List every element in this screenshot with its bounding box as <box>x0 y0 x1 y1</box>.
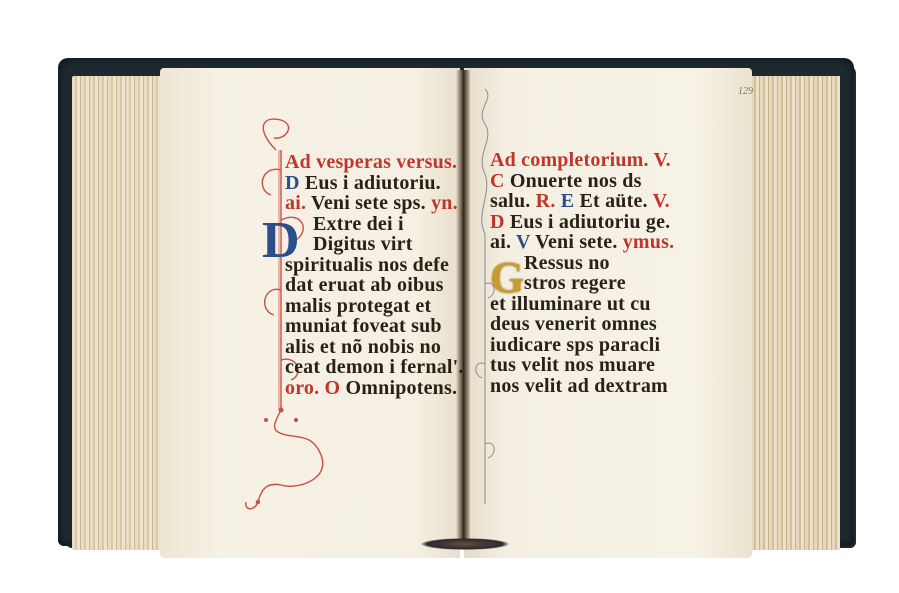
left-line-2: ai. Veni sete sps. yn. <box>285 193 450 214</box>
right-line-9: iudicare sps paracli <box>490 335 655 356</box>
red-initial: C <box>490 170 505 192</box>
blue-initial: E <box>561 190 575 212</box>
rubric: V. <box>654 149 671 171</box>
line-text: Extre dei i <box>313 213 404 235</box>
left-line-10: ceat demon i fernal'. <box>285 357 450 378</box>
line-text: Omnipotens. <box>346 377 458 399</box>
line-text: Digitus virt <box>313 233 413 255</box>
left-line-9: alis et nõ nobis no <box>285 337 450 358</box>
left-line-1: D Eus i adiutoriu. <box>285 173 450 194</box>
rubric: ymus. <box>623 231 675 253</box>
right-line-4: ai. V Veni sete. ymus. <box>490 232 655 253</box>
left-large-blue-initial: D <box>262 218 308 264</box>
left-line-4: Digitus virt <box>285 234 450 255</box>
rubric: yn. <box>431 192 458 214</box>
left-line-7: malis protegat et <box>285 296 450 317</box>
left-heading: Ad vesperas versus. <box>285 152 450 173</box>
rubric-prefix: ai. <box>285 192 306 214</box>
blue-initial: V <box>516 231 530 253</box>
left-line-6: dat eruat ab oibus <box>285 275 450 296</box>
left-page-text: Ad vesperas versus. D Eus i adiutoriu. a… <box>285 152 450 398</box>
line-text: Onuerte nos ds <box>510 170 642 192</box>
heading-text: Ad completorium. <box>490 149 649 171</box>
line-text: Et aüte. <box>579 190 647 212</box>
line-text: Ressus no <box>524 252 610 274</box>
right-line-8: deus venerit omnes <box>490 314 655 335</box>
right-line-1: C Onuerte nos ds <box>490 171 655 192</box>
left-line-11: oro. O Omnipotens. <box>285 378 450 399</box>
line-text: Veni sete sps. <box>311 192 426 214</box>
right-line-10: tus velit nos muare <box>490 355 655 376</box>
left-page-edges <box>72 76 172 550</box>
blue-initial: D <box>285 172 300 194</box>
left-line-8: muniat foveat sub <box>285 316 450 337</box>
right-line-3: D Eus i adiutoriu ge. <box>490 212 655 233</box>
right-gold-initial: G <box>490 256 524 300</box>
right-page-edges <box>742 76 840 550</box>
right-heading: Ad completorium. V. <box>490 150 655 171</box>
rubric: R. <box>536 190 556 212</box>
spine-foot <box>420 538 510 550</box>
line-text: Eus i adiutoriu ge. <box>510 211 671 233</box>
left-line-5: spiritualis nos defe <box>285 255 450 276</box>
right-line-2: salu. R. E Et aüte. V. <box>490 191 655 212</box>
line-text: Veni sete. <box>535 231 617 253</box>
folio-number: 129 <box>738 86 753 97</box>
red-initial: D <box>490 211 505 233</box>
line-text: salu. <box>490 190 530 212</box>
right-line-11: nos velit ad dextram <box>490 376 655 397</box>
left-line-3: Extre dei i <box>285 214 450 235</box>
red-initial: O <box>325 377 341 399</box>
line-text: Eus i adiutoriu. <box>305 172 441 194</box>
rubric-prefix: oro. <box>285 377 319 399</box>
prefix: ai. <box>490 231 511 253</box>
book-gutter <box>456 70 470 548</box>
rubric: V. <box>653 190 670 212</box>
